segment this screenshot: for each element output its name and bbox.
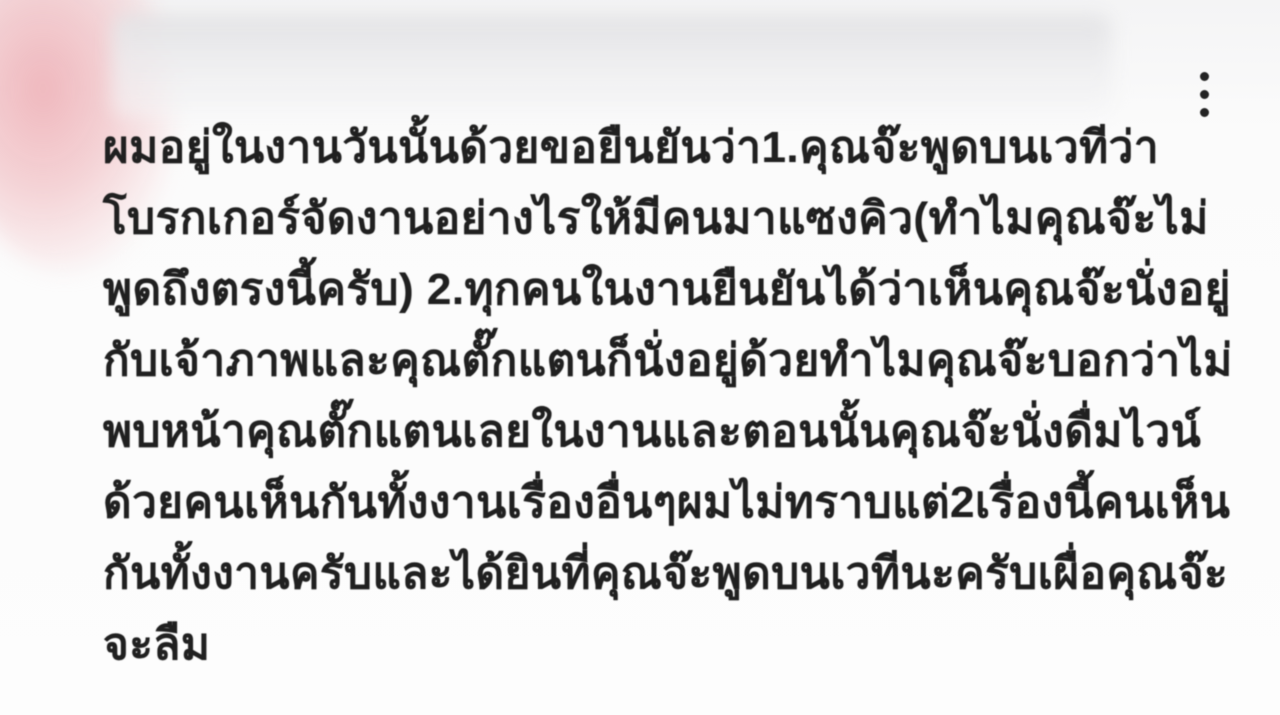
post-text-line: พูดถึงตรงนี้ครับ) 2.ทุกคนในงานยืนยันได้ว… xyxy=(103,254,1223,325)
kebab-dot xyxy=(1200,72,1209,81)
post-text-line: กันทั้งงานครับและได้ยินที่คุณจ๊ะพูดบนเวท… xyxy=(103,538,1223,609)
post-text-line: ผมอยู่ในงานวันนั้นด้วยขอยืนยันว่า1.คุณจ๊… xyxy=(103,112,1223,183)
post-screenshot: ผมอยู่ในงานวันนั้นด้วยขอยืนยันว่า1.คุณจ๊… xyxy=(0,0,1280,715)
post-text-line: ด้วยคนเห็นกันทั้งงานเรื่องอื่นๆผมไม่ทราบ… xyxy=(103,467,1223,538)
post-text-line: จะลืม xyxy=(103,609,1223,680)
kebab-menu-icon xyxy=(1200,72,1209,117)
post-text: ผมอยู่ในงานวันนั้นด้วยขอยืนยันว่า1.คุณจ๊… xyxy=(103,112,1223,680)
kebab-dot xyxy=(1200,90,1209,99)
post-text-line: โบรกเกอร์จัดงานอย่างไรให้มีคนมาแซงคิว(ทำ… xyxy=(103,183,1223,254)
redacted-author-name xyxy=(112,14,1112,118)
post-text-line: พบหน้าคุณตั๊กแตนเลยในงานและตอนนั้นคุณจ๊ะ… xyxy=(103,396,1223,467)
post-text-line: กับเจ้าภาพและคุณตั๊กแตนก็นั่งอยู่ด้วยทำไ… xyxy=(103,325,1223,396)
